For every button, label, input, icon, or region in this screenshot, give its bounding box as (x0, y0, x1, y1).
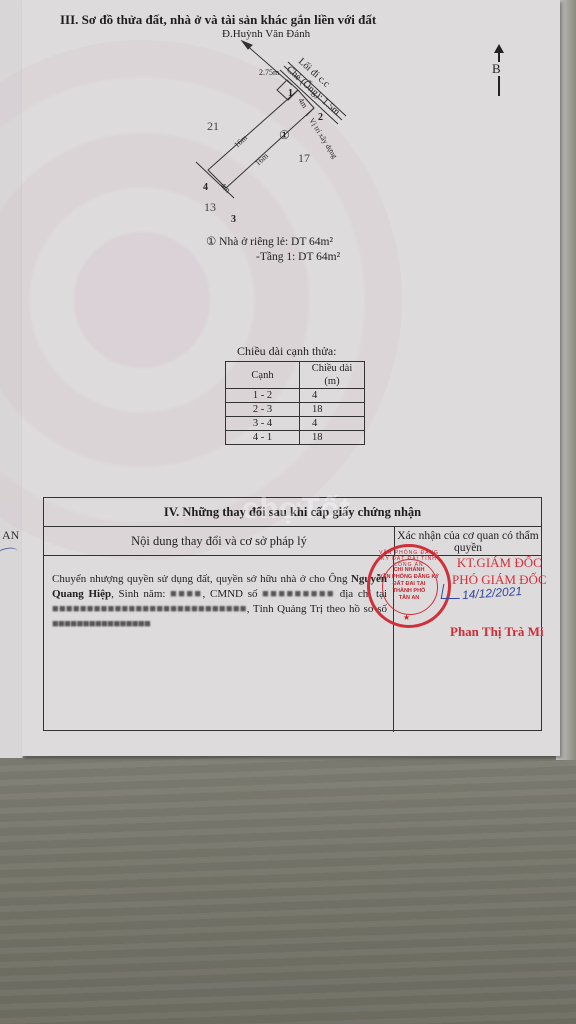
table-row: 4 - 1 18 (226, 431, 365, 445)
edge-header: Cạnh (226, 362, 300, 389)
left-page-signature-stroke (0, 546, 19, 561)
vertex-3: 3 (231, 214, 236, 225)
signature-scribble (441, 584, 463, 599)
access-arrow-line (244, 43, 292, 85)
length-cell: 4 (300, 389, 365, 403)
seal-star-icon: ★ (403, 613, 410, 622)
length-cell: 18 (300, 403, 365, 417)
table-row: 3 - 4 4 (226, 417, 365, 431)
table-row: 2 - 3 18 (226, 403, 365, 417)
edge-length-table: Cạnh Chiều dài (m) 1 - 2 4 2 - 3 18 3 - … (225, 361, 365, 445)
official-seal: VĂN PHÒNG ĐĂNG KÝ ĐẤT ĐAI TỈNH LONG AN C… (367, 544, 451, 628)
edge-table-caption: Chiều dài cạnh thửa: (237, 344, 336, 359)
edge-cell: 4 - 1 (226, 431, 300, 445)
chotot-watermark: chợTốt (242, 492, 351, 526)
length-cell: 18 (300, 431, 365, 445)
table-row: 1 - 2 4 (226, 389, 365, 403)
certificate-page: III. Sơ đồ thửa đất, nhà ở và tài sản kh… (22, 0, 560, 756)
signer-title: KT.GIÁM ĐỐC PHÓ GIÁM ĐỐC (452, 554, 547, 588)
edge-long-label-b: 16m (253, 151, 270, 168)
vertex-1: 1 (288, 88, 293, 99)
house-marker: ① (279, 128, 290, 142)
edge-cell: 1 - 2 (226, 389, 300, 403)
neighbor-bottom: 13 (204, 200, 216, 214)
parcel-outline (208, 90, 314, 188)
length-cell: 4 (300, 417, 365, 431)
change-entry: Chuyển nhượng quyền sử dụng đất, quyền s… (44, 556, 394, 732)
desk-surface (0, 752, 576, 1024)
legend-line-2: -Tầng 1: DT 64m² (206, 250, 340, 265)
signer-name: Phan Thị Trà Mi (450, 624, 544, 640)
redacted-address: ■■■■■■■■■■■■■■■■■■■■■■■■■■■■ (52, 603, 247, 615)
content-column-header: Nội dung thay đổi và cơ sở pháp lý (44, 527, 395, 555)
building-legend: ① Nhà ở riêng lẻ: DT 64m² -Tầng 1: DT 64… (206, 235, 340, 265)
neighbor-left: 21 (207, 119, 219, 133)
offset-label: 2.75m (259, 68, 280, 77)
parcel-diagram: 1 2 3 4 2.75m 21 17 13 ① Lối đi c.c Chè … (22, 0, 560, 240)
length-header: Chiều dài (m) (300, 362, 365, 389)
legend-line-1: ① Nhà ở riêng lẻ: DT 64m² (206, 235, 340, 250)
edge-cell: 3 - 4 (226, 417, 300, 431)
left-page-text-fragment: AN (2, 528, 19, 543)
edge-cell: 2 - 3 (226, 403, 300, 417)
redacted-birth-year: ■■■■ (170, 588, 202, 600)
build-position-label: Vị trí xây dựng (307, 116, 339, 160)
seal-inner-text: CHI NHÁNH VĂN PHÒNG ĐĂNG KÝ ĐẤT ĐAI TẠI … (370, 567, 448, 602)
neighbor-right: 17 (298, 151, 310, 165)
redacted-id-number: ■■■■■■■■■ (262, 588, 335, 600)
changes-table: IV. Những thay đổi sau khi cấp giấy chứn… (43, 497, 542, 731)
edge-12-label: 4m (296, 96, 309, 110)
redacted-file-number: ■■■■■■■■■■■■■■■■ (52, 618, 150, 630)
vertex-4: 4 (203, 182, 208, 193)
